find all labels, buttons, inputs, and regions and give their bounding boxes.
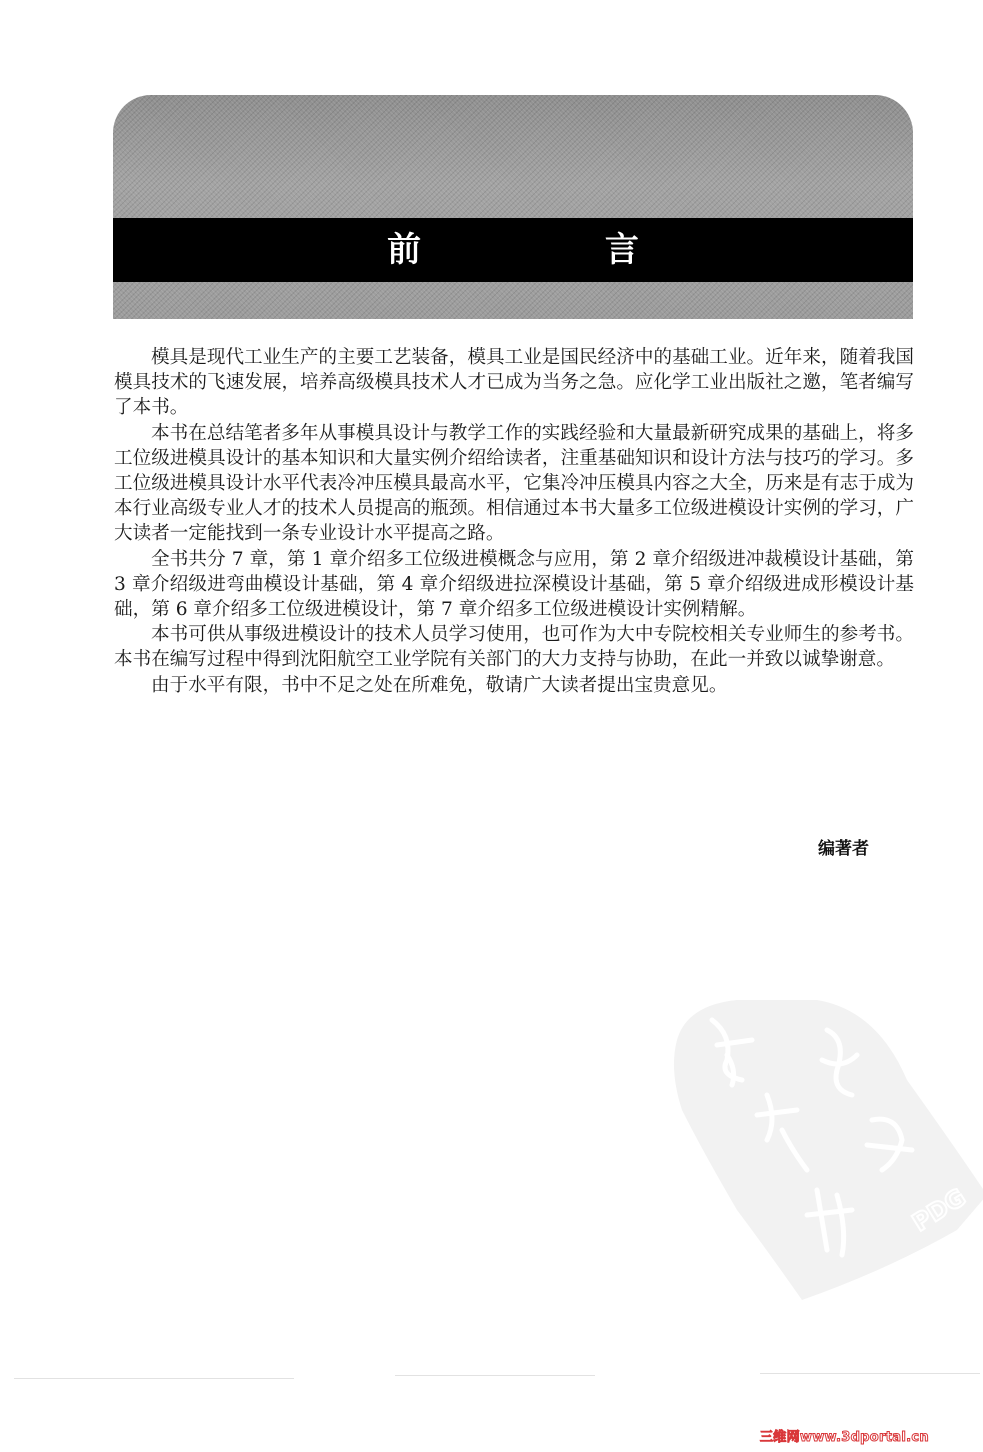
svg-text:PDG: PDG [907, 1183, 970, 1237]
paragraph: 本书在总结笔者多年从事模具设计与教学工作的实践经验和大量最新研究成果的基础上，将… [114, 421, 914, 547]
paragraph: 本书可供从事级进模设计的技术人员学习使用，也可作为大中专院校相关专业师生的参考书… [114, 622, 914, 672]
scan-artifact-line [14, 1378, 294, 1379]
scan-artifact-line [760, 1373, 980, 1374]
author-signature: 编著者 [818, 834, 869, 859]
preface-body: 模具是现代工业生产的主要工艺装备，模具工业是国民经济中的基础工业。近年来，随着我… [114, 345, 914, 698]
title-band: 前 言 [113, 218, 913, 282]
header-banner [113, 95, 913, 319]
paragraph: 由于水平有限，书中不足之处在所难免，敬请广大读者提出宝贵意见。 [114, 673, 914, 698]
source-watermark: 三维网www.3dportal.cn [760, 1426, 929, 1445]
page-title: 前 言 [387, 233, 725, 267]
scan-artifact-line [395, 1375, 595, 1376]
seal-stamp-icon: PDG [657, 1000, 983, 1310]
paragraph: 全书共分 7 章，第 1 章介绍多工位级进模概念与应用，第 2 章介绍级进冲裁模… [114, 547, 914, 623]
paragraph: 模具是现代工业生产的主要工艺装备，模具工业是国民经济中的基础工业。近年来，随着我… [114, 345, 914, 421]
